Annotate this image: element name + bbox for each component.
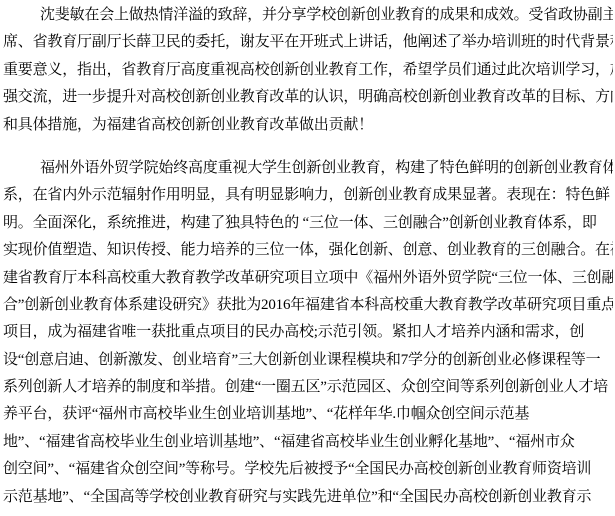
text-line: 福州外语外贸学院始终高度重视大学生创新创业教育，构建了特色鲜明的创新创业教育体 <box>3 155 613 182</box>
text-line: 强交流，进一步提升对高校创新创业教育改革的认识，明确高校创新创业教育改革的目标、… <box>3 84 613 111</box>
text-line: 建省教育厅本科高校重大教育教学改革研究项目立项中《福州外语外贸学院“三位一体、三… <box>3 265 613 292</box>
text-line: 项目，成为福建省唯一获批重点项目的民办高校;示范引领。紧扣人才培养内涵和需求，创 <box>3 319 613 346</box>
text-line: 系列创新人才培养的制度和举措。创建“一圈五区”示范园区、众创空间等系列创新创业人… <box>3 374 613 401</box>
text-line: 和具体措施，为福建省高校创新创业教育改革做出贡献！ <box>3 112 613 139</box>
text-line: 席、省教育厅副厅长薛卫民的委托，谢友平在开班式上讲话，他阐述了举办培训班的时代背… <box>3 29 613 56</box>
document-page: 沈斐敏在会上做热情洋溢的致辞，并分享学校创新创业教育的成果和成效。受省政协副主 … <box>0 0 615 516</box>
text-line: 明。全面深化，系统推进，构建了独具特色的 “三位一体、三创融合”创新创业教育体系… <box>3 210 613 237</box>
text-line: 沈斐敏在会上做热情洋溢的致辞，并分享学校创新创业教育的成果和成效。受省政协副主 <box>3 2 613 29</box>
text-line: 示范基地”、“全国高等学校创业教育研究与实践先进单位”和“全国民办高校创新创业教… <box>3 484 613 511</box>
text-line: 系，在省内外示范辐射作用明显，具有明显影响力，创新创业教育成果显著。表现在：特色… <box>3 182 613 209</box>
text-line: 设“创意启迪、创新激发、创业培育”三大创新创业课程模块和7学分的创新创业必修课程… <box>3 347 613 374</box>
text-line: 合”创新创业教育体系建设研究》获批为2016年福建省本科高校重大教育教学改革研究… <box>3 292 613 319</box>
text-line: 创空间”、“福建省众创空间”等称号。学校先后被授予“全国民办高校创新创业教育师资… <box>3 456 613 483</box>
text-line: 养平台，获评“福州市高校毕业生创业培训基地”、“花样年华.巾帼众创空间示范基 <box>3 401 613 428</box>
text-line: 地”、“福建省高校毕业生创业培训基地”、“福建省高校毕业生创业孵化基地”、“福州… <box>3 429 613 456</box>
text-line: 重要意义，指出，省教育厅高度重视高校创新创业教育工作，希望学员们通过此次培训学习… <box>3 57 613 84</box>
text-line: 实现价值塑造、知识传授、能力培养的三位一体，强化创新、创意、创业教育的三创融合。… <box>3 237 613 264</box>
paragraph-school-achievements: 福州外语外贸学院始终高度重视大学生创新创业教育，构建了特色鲜明的创新创业教育体 … <box>3 155 613 511</box>
paragraph-speech-summary: 沈斐敏在会上做热情洋溢的致辞，并分享学校创新创业教育的成果和成效。受省政协副主 … <box>3 2 613 139</box>
